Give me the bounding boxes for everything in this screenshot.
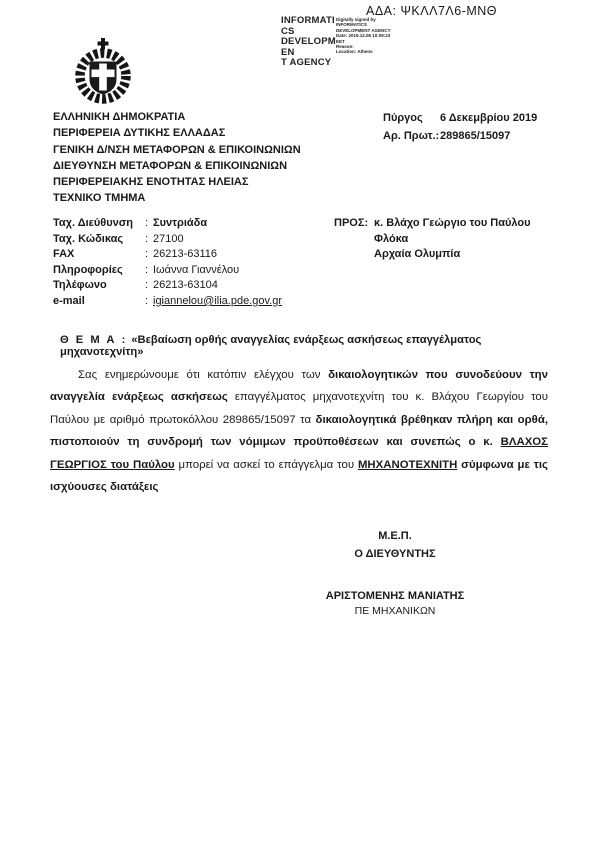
recipient-line: κ. Βλάχο Γεώργιο του Παύλου [374,216,531,232]
sender-line: ΠΕΡΙΦΕΡΕΙΑ ΔΥΤΙΚΗΣ ΕΛΛΑΔΑΣ [53,125,301,141]
sender-line: ΔΙΕΥΘΥΝΣΗ ΜΕΤΑΦΟΡΩΝ & ΕΠΙΚΟΙΝΩΝΙΩΝ [53,158,301,174]
contact-row-info-person: Πληροφορίες : Ιωάννα Γιαννέλου [53,263,282,279]
contact-value: Ιωάννα Γιαννέλου [153,263,239,279]
sender-line: ΓΕΝΙΚΗ Δ/ΝΣΗ ΜΕΤΑΦΟΡΩΝ & ΕΠΙΚΟΙΝΩΝΙΩΝ [53,142,301,158]
recipient-block: ΠΡΟΣ: κ. Βλάχο Γεώργιο του Παύλου Φλόκα … [334,216,531,263]
greek-coat-of-arms-icon [72,36,134,111]
contact-label: Ταχ. Κώδικας [53,232,140,248]
contact-label: e-mail [53,294,140,310]
signature-authority: Μ.Ε.Π. Ο ΔΙΕΥΘΥΝΤΗΣ [315,528,475,563]
contact-colon: : [140,278,153,294]
stamp-agency-line: DEVELOPMEN [281,37,337,58]
document-page: ΑΔΑ: ΨΚΛΛ7Λ6-ΜΝΘ INFORMATICS DEVELOPMEN … [0,0,595,842]
contact-label: FAX [53,247,140,263]
contact-row-fax: FAX : 26213-63116 [53,247,282,263]
signature-specialty: ΠΕ ΜΗΧΑΝΙΚΩΝ [300,605,490,617]
recipient-line: Αρχαία Ολυμπία [374,247,531,263]
recipient-line: Φλόκα [374,232,531,248]
protocol-number-label: Αρ. Πρωτ.: [383,128,440,146]
stamp-detail-line: Location: Athens [336,49,426,54]
body-paragraph: Σας ενημερώνουμε ότι κατόπιν ελέγχου των… [50,364,548,498]
sender-line: ΠΕΡΙΦΕΡΕΙΑΚΗΣ ΕΝΟΤΗΤΑΣ ΗΛΕΙΑΣ [53,174,301,190]
contact-row-postcode: Ταχ. Κώδικας : 27100 [53,232,282,248]
contact-colon: : [140,216,153,232]
signature-mep: Μ.Ε.Π. [315,528,475,546]
body-segment: μπορεί να ασκεί το επάγγελμα του [175,459,358,471]
contact-label: Πληροφορίες [53,263,140,279]
contact-label: Τηλέφωνο [53,278,140,294]
contact-value: 26213-63116 [153,247,217,263]
signature-title: Ο ΔΙΕΥΘΥΝΤΗΣ [315,546,475,564]
contact-colon: : [140,247,153,263]
sender-line: ΕΛΛΗΝΙΚΗ ΔΗΜΟΚΡΑΤΙΑ [53,109,301,125]
contact-colon: : [140,263,153,279]
sender-line: ΤΕΧΝΙΚΟ ΤΜΗΜΑ [53,190,301,206]
digital-signature-stamp: INFORMATICS DEVELOPMEN T AGENCY [281,16,337,69]
ada-code: ΑΔΑ: ΨΚΛΛ7Λ6-ΜΝΘ [366,4,497,18]
contact-value: 27100 [153,232,184,248]
signature-name: ΑΡΙΣΤΟΜΕΝΗΣ ΜΑΝΙΑΤΗΣ [300,590,490,602]
sender-header: ΕΛΛΗΝΙΚΗ ΔΗΜΟΚΡΑΤΙΑ ΠΕΡΙΦΕΡΕΙΑ ΔΥΤΙΚΗΣ Ε… [53,109,301,207]
recipient-label: ΠΡΟΣ: [334,216,364,263]
contact-row-email: e-mail : igiannelou@ilia.pde.gov.gr [53,294,282,310]
email-link[interactable]: igiannelou@ilia.pde.gov.gr [153,294,282,310]
contact-label: Ταχ. Διεύθυνση [53,216,140,232]
subject-line: Θ Ε Μ Α :«Βεβαίωση ορθής αναγγελίας ενάρ… [60,334,560,358]
protocol-block: Πύργος 6 Δεκεμβρίου 2019 Αρ. Πρωτ.: 2898… [383,110,537,145]
contact-value: Συντριάδα [153,216,207,232]
stamp-agency-line: T AGENCY [281,58,337,69]
contact-colon: : [140,294,153,310]
protocol-date: 6 Δεκεμβρίου 2019 [440,110,537,128]
subject-label: Θ Ε Μ Α : [60,334,127,346]
contact-colon: : [140,232,153,248]
contact-row-phone: Τηλέφωνο : 26213-63104 [53,278,282,294]
digital-signature-details: Digitally signed by INFORMATICS DEVELOPM… [336,17,426,55]
stamp-agency-line: INFORMATICS [281,16,337,37]
contact-info: Ταχ. Διεύθυνση : Συντριάδα Ταχ. Κώδικας … [53,216,282,310]
body-segment-profession: ΜΗΧΑΝΟΤΕΧΝΙΤΗ [358,459,457,471]
body-segment: Σας ενημερώνουμε ότι κατόπιν ελέγχου των [78,369,328,381]
protocol-number: 289865/15097 [440,128,510,146]
contact-row-address: Ταχ. Διεύθυνση : Συντριάδα [53,216,282,232]
contact-value: 26213-63104 [153,278,218,294]
protocol-place: Πύργος [383,110,440,128]
